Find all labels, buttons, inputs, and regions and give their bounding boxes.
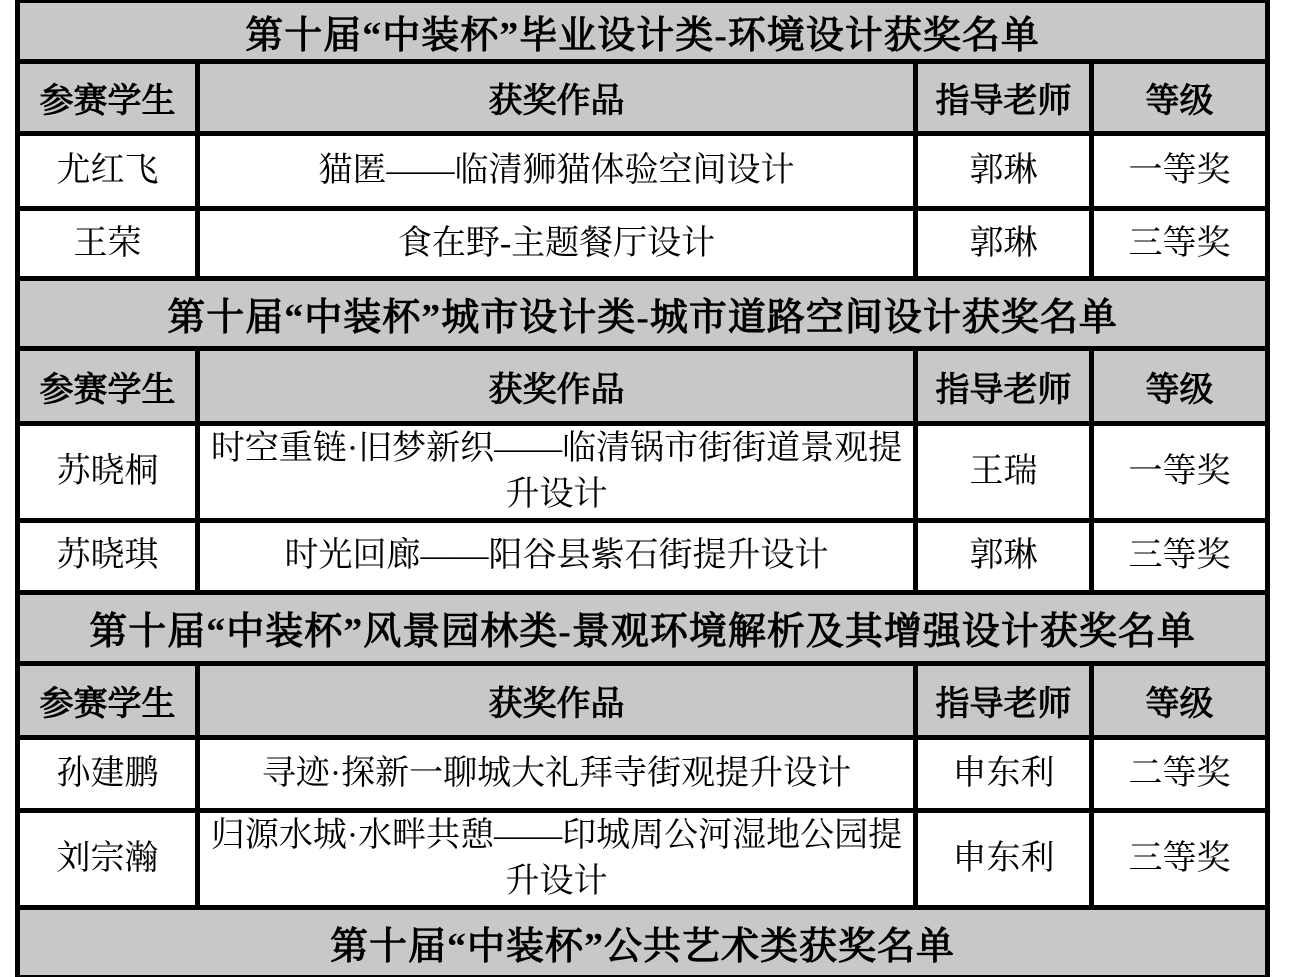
table-row: 尤红飞 猫匿——临清狮猫体验空间设计 郭琳 一等奖 <box>18 134 1268 209</box>
student-cell: 尤红飞 <box>18 134 198 209</box>
award-cell: 三等奖 <box>1092 810 1268 907</box>
section-title: 第十届“中装杯”城市设计类-城市道路空间设计获奖名单 <box>18 279 1268 349</box>
table-row: 孙建鹏 寻迹·探新一聊城大礼拜寺街观提升设计 申东利 二等奖 <box>18 737 1268 810</box>
table-row: 苏晓桐 时空重链·旧梦新织——临清锅市街街道景观提升设计 王瑞 一等奖 <box>18 424 1268 521</box>
section-title-row: 第十届“中装杯”风景园林类-景观环境解析及其增强设计获奖名单 <box>18 592 1268 663</box>
work-cell: 食在野-主题餐厅设计 <box>198 209 916 279</box>
section-title-row: 第十届“中装杯”毕业设计类-环境设计获奖名单 <box>18 2 1268 62</box>
teacher-cell: 郭琳 <box>916 134 1092 209</box>
awards-document: 第十届“中装杯”毕业设计类-环境设计获奖名单 参赛学生 获奖作品 指导老师 等级… <box>15 0 1265 977</box>
teacher-cell: 郭琳 <box>916 209 1092 279</box>
column-header-row: 参赛学生 获奖作品 指导老师 等级 <box>18 663 1268 737</box>
column-header-student: 参赛学生 <box>18 663 198 737</box>
section-title: 第十届“中装杯”公共艺术类获奖名单 <box>18 907 1268 977</box>
table-row: 王荣 食在野-主题餐厅设计 郭琳 三等奖 <box>18 209 1268 279</box>
student-cell: 苏晓琪 <box>18 520 198 592</box>
column-header-row: 参赛学生 获奖作品 指导老师 等级 <box>18 62 1268 134</box>
column-header-award: 等级 <box>1092 62 1268 134</box>
section-title-row: 第十届“中装杯”城市设计类-城市道路空间设计获奖名单 <box>18 279 1268 349</box>
table-row: 刘宗瀚 归源水城·水畔共憩——印城周公河湿地公园提升设计 申东利 三等奖 <box>18 810 1268 907</box>
student-cell: 王荣 <box>18 209 198 279</box>
column-header-award: 等级 <box>1092 663 1268 737</box>
award-cell: 二等奖 <box>1092 737 1268 810</box>
column-header-row: 参赛学生 获奖作品 指导老师 等级 <box>18 349 1268 424</box>
table-row: 苏晓琪 时光回廊——阳谷县紫石街提升设计 郭琳 三等奖 <box>18 520 1268 592</box>
column-header-student: 参赛学生 <box>18 349 198 424</box>
teacher-cell: 申东利 <box>916 737 1092 810</box>
section-title: 第十届“中装杯”风景园林类-景观环境解析及其增强设计获奖名单 <box>18 592 1268 663</box>
work-cell: 时空重链·旧梦新织——临清锅市街街道景观提升设计 <box>198 424 916 521</box>
column-header-student: 参赛学生 <box>18 62 198 134</box>
column-header-teacher: 指导老师 <box>916 62 1092 134</box>
teacher-cell: 王瑞 <box>916 424 1092 521</box>
award-cell: 三等奖 <box>1092 520 1268 592</box>
work-cell: 归源水城·水畔共憩——印城周公河湿地公园提升设计 <box>198 810 916 907</box>
column-header-teacher: 指导老师 <box>916 663 1092 737</box>
award-cell: 一等奖 <box>1092 424 1268 521</box>
teacher-cell: 申东利 <box>916 810 1092 907</box>
work-cell: 猫匿——临清狮猫体验空间设计 <box>198 134 916 209</box>
work-cell: 寻迹·探新一聊城大礼拜寺街观提升设计 <box>198 737 916 810</box>
section-title: 第十届“中装杯”毕业设计类-环境设计获奖名单 <box>18 2 1268 62</box>
column-header-work: 获奖作品 <box>198 663 916 737</box>
award-cell: 三等奖 <box>1092 209 1268 279</box>
column-header-teacher: 指导老师 <box>916 349 1092 424</box>
column-header-work: 获奖作品 <box>198 62 916 134</box>
student-cell: 孙建鹏 <box>18 737 198 810</box>
column-header-award: 等级 <box>1092 349 1268 424</box>
student-cell: 刘宗瀚 <box>18 810 198 907</box>
teacher-cell: 郭琳 <box>916 520 1092 592</box>
awards-table: 第十届“中装杯”毕业设计类-环境设计获奖名单 参赛学生 获奖作品 指导老师 等级… <box>15 0 1270 977</box>
student-cell: 苏晓桐 <box>18 424 198 521</box>
work-cell: 时光回廊——阳谷县紫石街提升设计 <box>198 520 916 592</box>
award-cell: 一等奖 <box>1092 134 1268 209</box>
column-header-work: 获奖作品 <box>198 349 916 424</box>
section-title-row-clipped: 第十届“中装杯”公共艺术类获奖名单 <box>18 907 1268 977</box>
